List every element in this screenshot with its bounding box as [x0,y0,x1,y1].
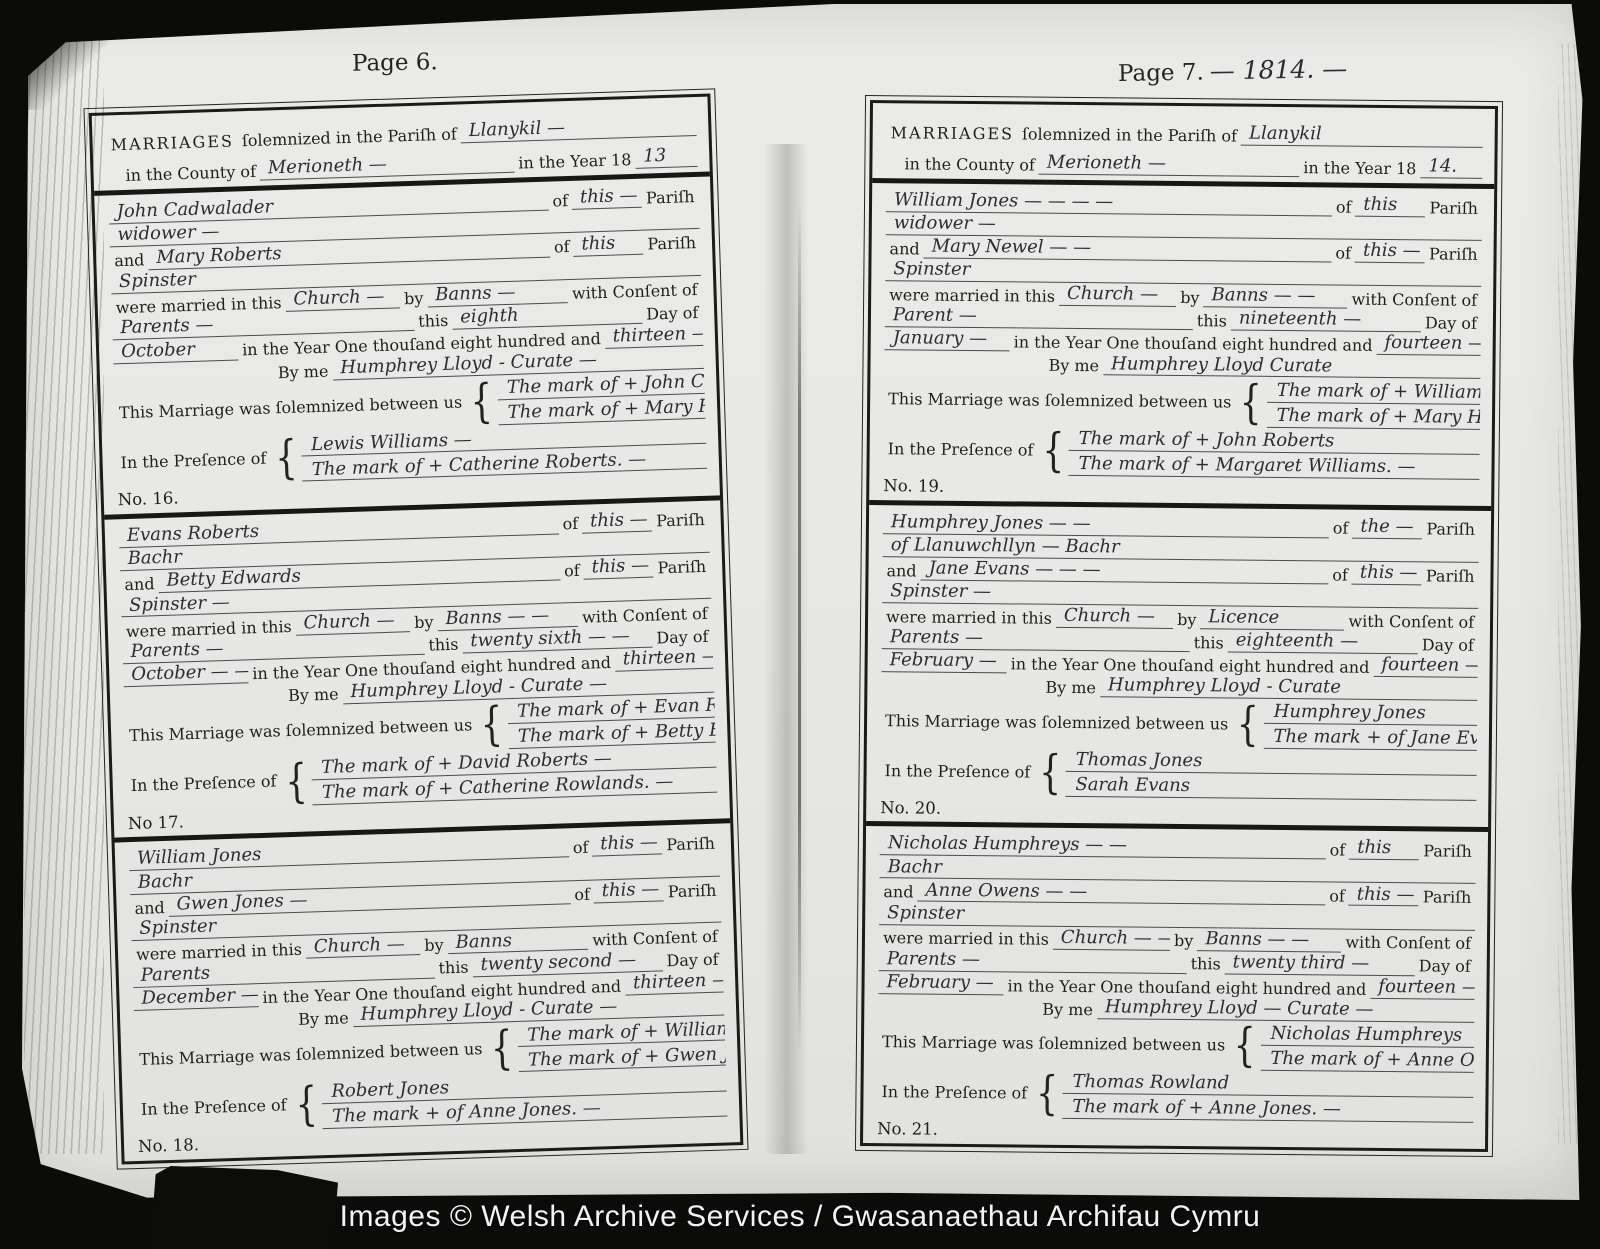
brace-glyph: { [1236,704,1260,743]
month-value: February — [882,651,1007,673]
day-value: nineteenth — [1231,310,1421,333]
label-married-in: were married in this [882,607,1056,628]
page-number-right-year: — 1814. — [1210,54,1348,85]
year-value: 13 [635,146,698,169]
county-value: Merioneth — [1039,154,1300,177]
book-gutter-crease [798,204,801,1054]
couple-signatures: Humphrey Jones The mark + of Jane Evans … [1263,699,1477,751]
label-county: in the County of [121,161,260,185]
witness-2-signature: The mark of + Margaret Williams. — [1068,450,1479,479]
page-number-left-text: Page 6. [352,49,438,76]
book-gutter-shadow [764,144,808,1154]
label-day-of: Day of [1415,957,1475,977]
bride-signature: The mark of + Mary Howel [1266,402,1480,429]
label-by: by [1173,610,1200,629]
brace-glyph: { [1038,752,1062,791]
consent-value: Parent — [885,306,1193,330]
label-by-me: By me [274,361,333,382]
corner-shadow [0,0,170,110]
groom-parish: this [1349,839,1419,861]
label-marriages: MARRIAGES [887,123,1019,143]
bride-parish: this [573,233,644,256]
label-parish: Pariſh [1419,888,1476,908]
presence-row: In the Preſence of { The mark of + John … [883,424,1479,480]
label-of: of [1328,565,1352,584]
witness-signatures: Thomas Rowland The mark of + Anne Jones.… [1062,1069,1474,1123]
label-this: this [1193,311,1231,331]
bride-signature: The mark of + Anne Owens — [1260,1046,1474,1073]
year-word-value: fourteen — [1376,334,1480,356]
label-of: of [570,884,594,904]
label-and: and [886,239,924,259]
label-parish: Pariſh [1425,244,1482,264]
page-number-left: Page 6. [352,49,438,76]
bride-signature: The mark + of Jane Evans — [1263,724,1477,751]
brace-glyph: { [480,705,505,745]
register-form-page-7: MARRIAGES ſolemnized in the Pariſh of Ll… [855,95,1503,1157]
groom-parish: the — [1352,517,1422,539]
label-day-of: Day of [1418,635,1478,655]
year-word-value: fourteen — [1373,656,1477,678]
marriage-entry: Humphrey Jones — — of the — Pariſh of Ll… [866,500,1491,828]
married-in-value: Church — [1056,607,1173,629]
label-by: by [400,288,428,308]
solemnized-row: This Marriage was ſolemnized between us … [881,695,1477,751]
bride-parish: this — [583,557,654,580]
brace-glyph: { [284,761,309,801]
year-word-value: thirteen — [604,324,703,348]
bride-parish: this — [593,880,664,903]
header-parish-row: MARRIAGES ſolemnized in the Pariſh of Ll… [887,111,1483,148]
label-by-me: By me [1041,678,1100,698]
label-parish: Pariſh [1425,198,1482,218]
label-day-of: Day of [1421,313,1481,333]
label-married-in: were married in this [879,929,1053,950]
label-parish: Pariſh [1422,520,1479,540]
brace-glyph: { [1041,431,1065,470]
label-solemnized: This Marriage was ſolemnized between us [135,1039,487,1069]
groom-signature: The mark of + William Jones — [1267,377,1481,404]
brace-glyph: { [490,1028,515,1068]
by-value: Banns — — [1197,930,1341,952]
label-of: of [1329,519,1353,538]
label-this: this [424,634,463,654]
label-by: by [1170,931,1197,950]
label-parish: Pariſh [652,510,709,531]
bride-parish: this — [1349,885,1419,907]
label-of: of [1325,887,1349,906]
couple-signatures: The mark of + Evan Roberts — The mark of… [507,692,716,748]
label-marriages: MARRIAGES [106,131,238,154]
label-year: in the Year 18 [514,150,636,173]
marriage-entry: John Cadwalader of this — Pariſh widower… [94,177,720,515]
label-solemnized: This Marriage was ſolemnized between us [881,711,1232,734]
day-value: eighteenth — [1228,631,1418,654]
year-word-value: fourteen — — [1370,978,1474,1000]
entries-page-7: William Jones — — — — of this Pariſh wid… [863,183,1494,1149]
brace-glyph: { [274,437,299,477]
register-form-page-6: MARRIAGES ſolemnized in the Pariſh of Ll… [83,88,748,1169]
entry-number: No 17. [128,812,188,834]
form-inner-border: MARRIAGES ſolemnized in the Pariſh of Ll… [860,100,1498,1152]
bride-parish: this — [1355,242,1425,264]
label-of: of [1331,243,1355,262]
groom-parish: this [1355,196,1425,218]
entry-number: No. 19. [883,476,948,496]
label-and: and [879,882,917,902]
page-number-right: Page 7.— 1814. — [1118,54,1348,87]
brace-glyph: { [469,381,494,421]
couple-signatures: The mark of + William Jones — The mark o… [1266,377,1480,429]
label-solemnized: This Marriage was ſolemnized between us [878,1032,1229,1055]
label-presence: In the Preſence of [126,772,280,796]
married-in-value: Church — [1059,285,1176,307]
label-solemnized-parish: ſolemnized in the Pariſh of [1018,124,1241,145]
label-presence: In the Preſence of [881,761,1035,782]
month-value: January — [885,330,1010,352]
label-solemnized: This Marriage was ſolemnized between us [884,389,1235,412]
label-solemnized: This Marriage was ſolemnized between us [115,392,467,422]
label-by-me: By me [1038,999,1097,1019]
witness-2-signature: Sarah Evans [1065,772,1476,801]
entry-number-row: No. 20. [880,796,1476,823]
label-of: of [1332,197,1356,216]
entry-number: No. 16. [117,488,182,510]
entry-number: No. 20. [880,798,945,818]
label-consent: with Conſent of [1344,611,1478,631]
groom-parish: this — [572,187,643,210]
witness-signatures: The mark of + John Roberts The mark of +… [1068,425,1480,479]
label-parish: Pariſh [653,557,710,578]
label-consent: with Conſent of [1341,933,1475,953]
form-inner-border: MARRIAGES ſolemnized in the Pariſh of Ll… [89,93,744,1164]
groom-signature: Humphrey Jones [1264,699,1478,726]
label-and: and [882,561,920,581]
entry-number-row: No. 21. [877,1118,1473,1145]
groom-signature: Nicholas Humphreys [1260,1021,1474,1048]
marriage-entry: Nicholas Humphreys — — of this Pariſh Ba… [863,821,1488,1149]
year-word-value: thirteen — [625,971,724,995]
by-value: Licence [1200,608,1344,630]
label-of: of [560,561,584,581]
presence-row: In the Preſence of { Thomas Rowland The … [877,1067,1473,1123]
marriage-entry: William Jones — — — — of this Pariſh wid… [869,183,1494,506]
label-presence: In the Preſence of [116,448,270,472]
form-header: MARRIAGES ſolemnized in the Pariſh of Ll… [872,103,1495,189]
entry-number: No. 18. [138,1135,203,1157]
label-married-in: were married in this [885,285,1059,306]
label-and: and [130,898,169,918]
label-presence: In the Preſence of [884,439,1038,460]
groom-parish: this — [582,510,653,533]
label-by-me: By me [294,1008,353,1029]
page-edge-stack-right [1558,44,1584,1144]
witness-signatures: Thomas Jones Sarah Evans [1065,747,1477,801]
entries-page-6: John Cadwalader of this — Pariſh widower… [94,177,740,1162]
label-day-of: Day of [652,627,713,648]
marriage-entry: William Jones of this — Pariſh Bachr and… [114,819,740,1162]
label-by: by [410,612,438,632]
solemnized-row: This Marriage was ſolemnized between us … [884,374,1480,430]
witness-2-signature: The mark of + Anne Jones. — [1062,1094,1473,1123]
label-day-of: Day of [662,950,723,971]
label-parish: Pariſh [1419,841,1476,861]
bride-parish: this — [1352,563,1422,585]
label-of: of [548,191,572,211]
marriage-entry: Evans Roberts of this — Pariſh Bachr and… [104,495,730,838]
label-of: of [569,838,593,858]
label-county: in the County of [900,154,1039,175]
label-parish: Pariſh [643,233,700,254]
couple-signatures: The mark of + William Jones — The mark o… [517,1016,726,1072]
header-county-row: in the County of Merioneth — in the Year… [886,142,1482,179]
consent-value: Parents — [882,628,1190,652]
brace-glyph: { [1233,1026,1257,1065]
archive-watermark: Images © Welsh Archive Services / Gwasan… [0,1200,1600,1234]
label-by: by [1176,288,1203,307]
label-this: this [1190,633,1228,653]
month-value: February — [878,973,1003,995]
year-word-value: thirteen — [615,648,714,672]
label-parish: Pariſh [1422,566,1479,586]
couple-signatures: Nicholas Humphreys The mark of + Anne Ow… [1260,1021,1474,1073]
label-presence: In the Preſence of [137,1095,291,1119]
label-this: this [414,311,453,331]
consent-value: Parents — [879,950,1187,974]
entry-number: No. 21. [877,1119,942,1139]
married-in-value: Church — — [1053,928,1170,950]
day-value: twenty third — [1225,953,1415,976]
label-by-me: By me [1044,356,1103,376]
label-of: of [558,514,582,534]
solemnized-row: This Marriage was ſolemnized between us … [878,1017,1474,1073]
year-value: 14. [1420,157,1482,179]
county-value: Merioneth — [260,152,515,181]
label-this: this [434,958,473,978]
groom-parish: this — [592,834,663,857]
page-number-right-text: Page 7. [1118,60,1204,87]
label-by: by [420,935,448,955]
label-of: of [1326,841,1350,860]
brace-glyph: { [1239,383,1263,422]
label-solemnized: This Marriage was ſolemnized between us [125,715,477,745]
label-parish: Pariſh [642,187,699,208]
label-and: and [110,251,149,271]
presence-row: In the Preſence of { Thomas Jones Sarah … [880,745,1476,801]
label-presence: In the Preſence of [877,1082,1031,1103]
label-consent: with Conſent of [1347,290,1481,310]
label-and: and [120,574,159,594]
label-this: this [1187,955,1225,975]
brace-glyph: { [294,1085,319,1125]
label-year: in the Year 18 [1299,158,1420,178]
by-value: Banns — — [1203,286,1347,308]
brace-glyph: { [1035,1074,1059,1113]
label-parish: Pariſh [663,880,720,901]
label-parish: Pariſh [662,834,719,855]
couple-signatures: The mark of + John Cadwalader — The mark… [497,369,706,425]
label-day-of: Day of [642,303,703,324]
label-of: of [550,237,574,257]
parish-value: Llanykil [1241,125,1483,148]
label-by-me: By me [284,685,343,706]
entry-number-row: No. 19. [883,475,1479,502]
